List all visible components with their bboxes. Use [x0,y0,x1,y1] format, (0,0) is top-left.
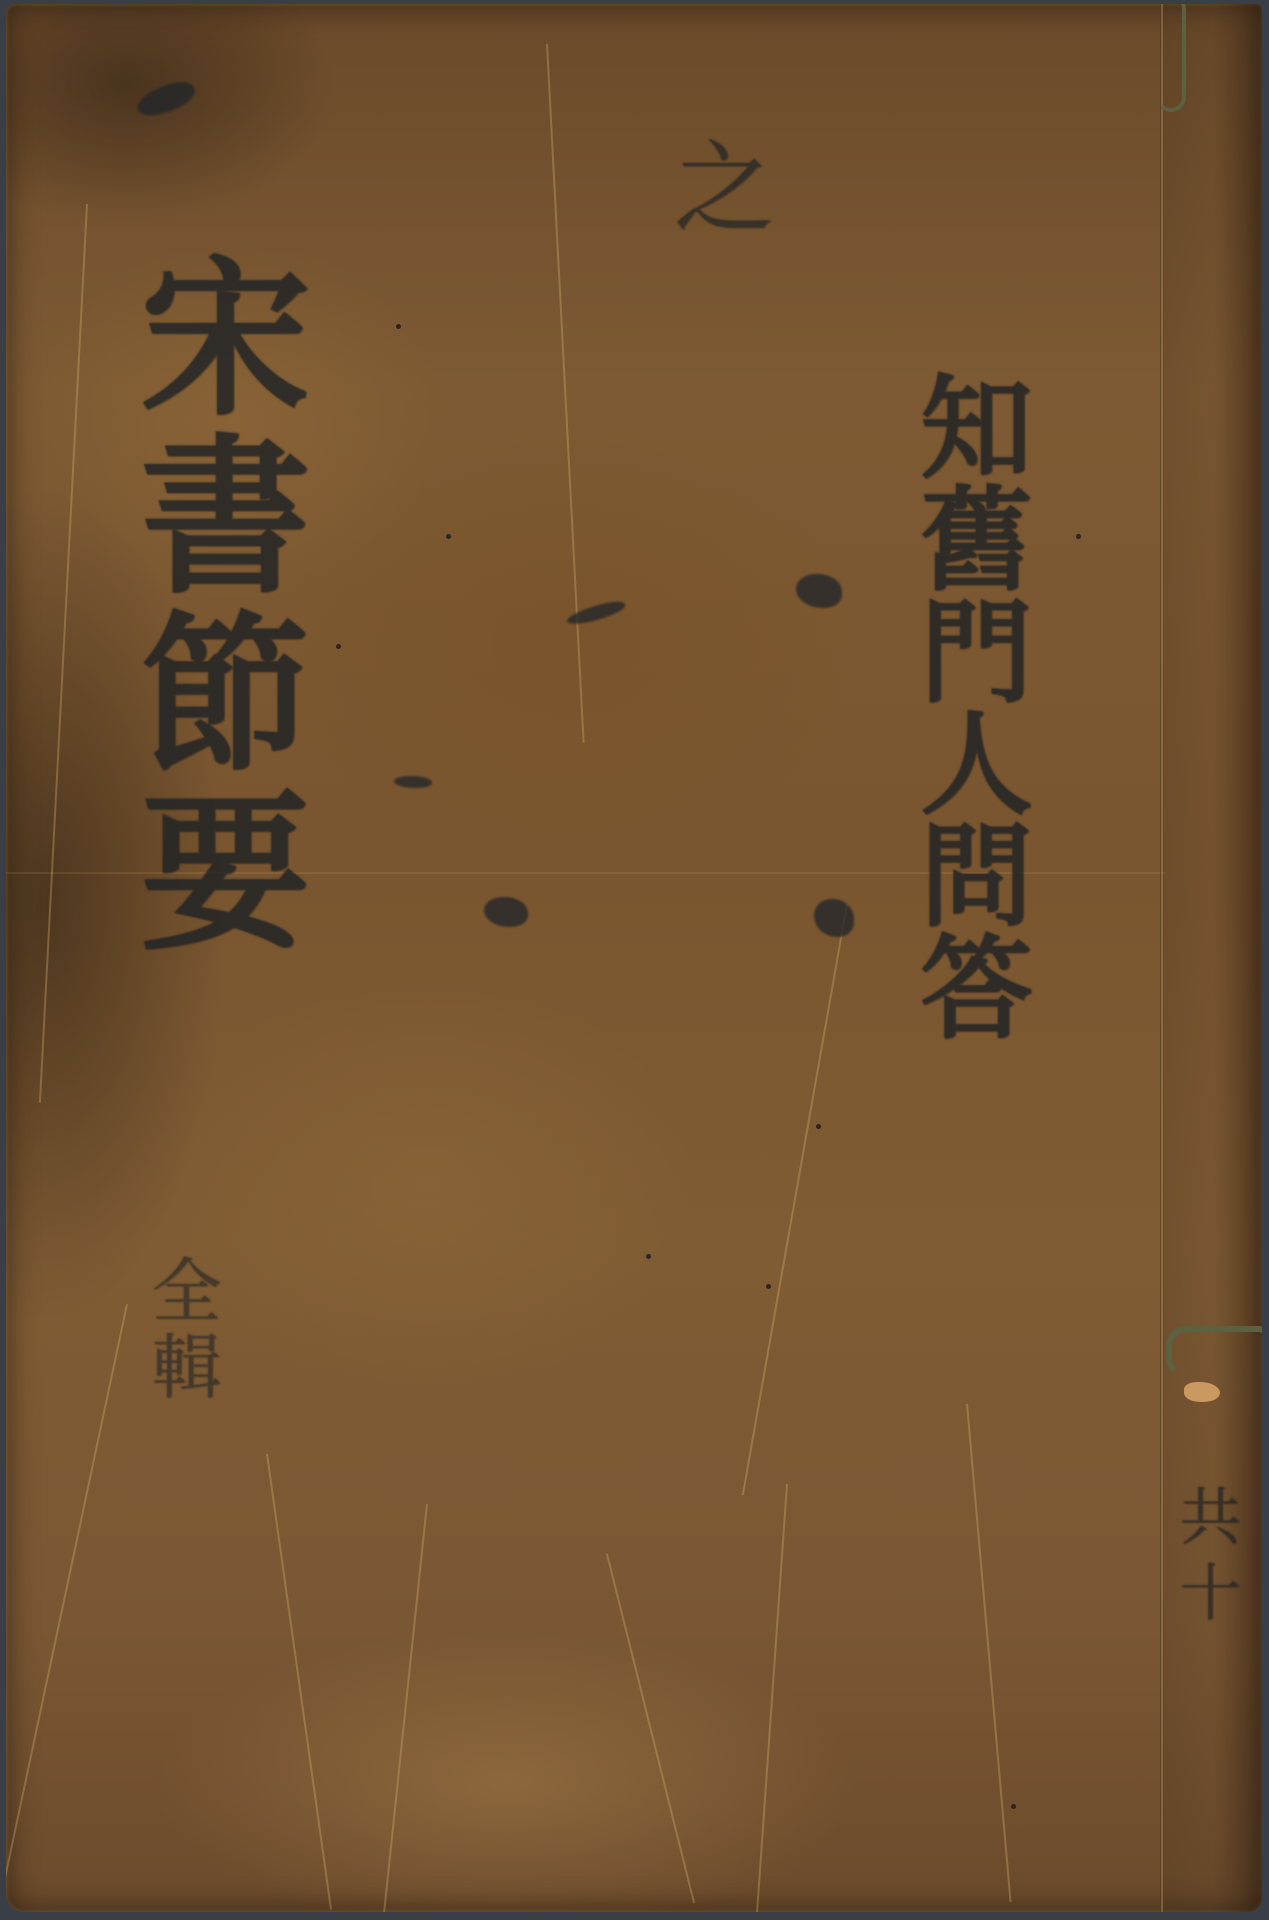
ink-blot [814,899,854,937]
spine-fold-line [1160,4,1164,1912]
top-ink-mark: 之 [674,139,774,239]
binding-thread-knot [1166,1326,1262,1378]
paper-crack [266,1454,332,1910]
paper-crack [606,1554,695,1904]
ink-speck [396,324,401,329]
ink-speck [1011,1804,1016,1809]
ink-speck [646,1254,651,1259]
ink-speck [1076,534,1081,539]
ink-blot [133,75,198,124]
ink-speck [766,1284,771,1289]
ink-blot [484,897,528,927]
ink-blot [796,574,842,608]
ink-speck [336,644,341,649]
paper-crack [39,204,88,1103]
paper-crack [742,904,848,1495]
left-annotation: 全輯 [146,1254,216,1406]
book-title-left: 宋書節要 [126,249,296,961]
paper-tear [1184,1382,1220,1402]
book-cover-scan: 之 宋書節要 全輯 知舊門人問答 共十 [0,0,1269,1920]
ink-speck [446,534,451,539]
spine-volume-label: 共十 [1174,1484,1236,1636]
book-cover: 之 宋書節要 全輯 知舊門人問答 共十 [6,4,1262,1912]
paper-crack [382,1504,427,1912]
paper-crack [6,1304,127,1891]
binding-thread-top [1156,4,1186,112]
paper-crack [966,1404,1011,1902]
ink-blot [394,776,432,788]
paper-crack [546,44,584,743]
ink-speck [816,1124,821,1129]
book-title-right: 知舊門人問答 [911,369,1023,1041]
paper-crack [756,1484,787,1912]
